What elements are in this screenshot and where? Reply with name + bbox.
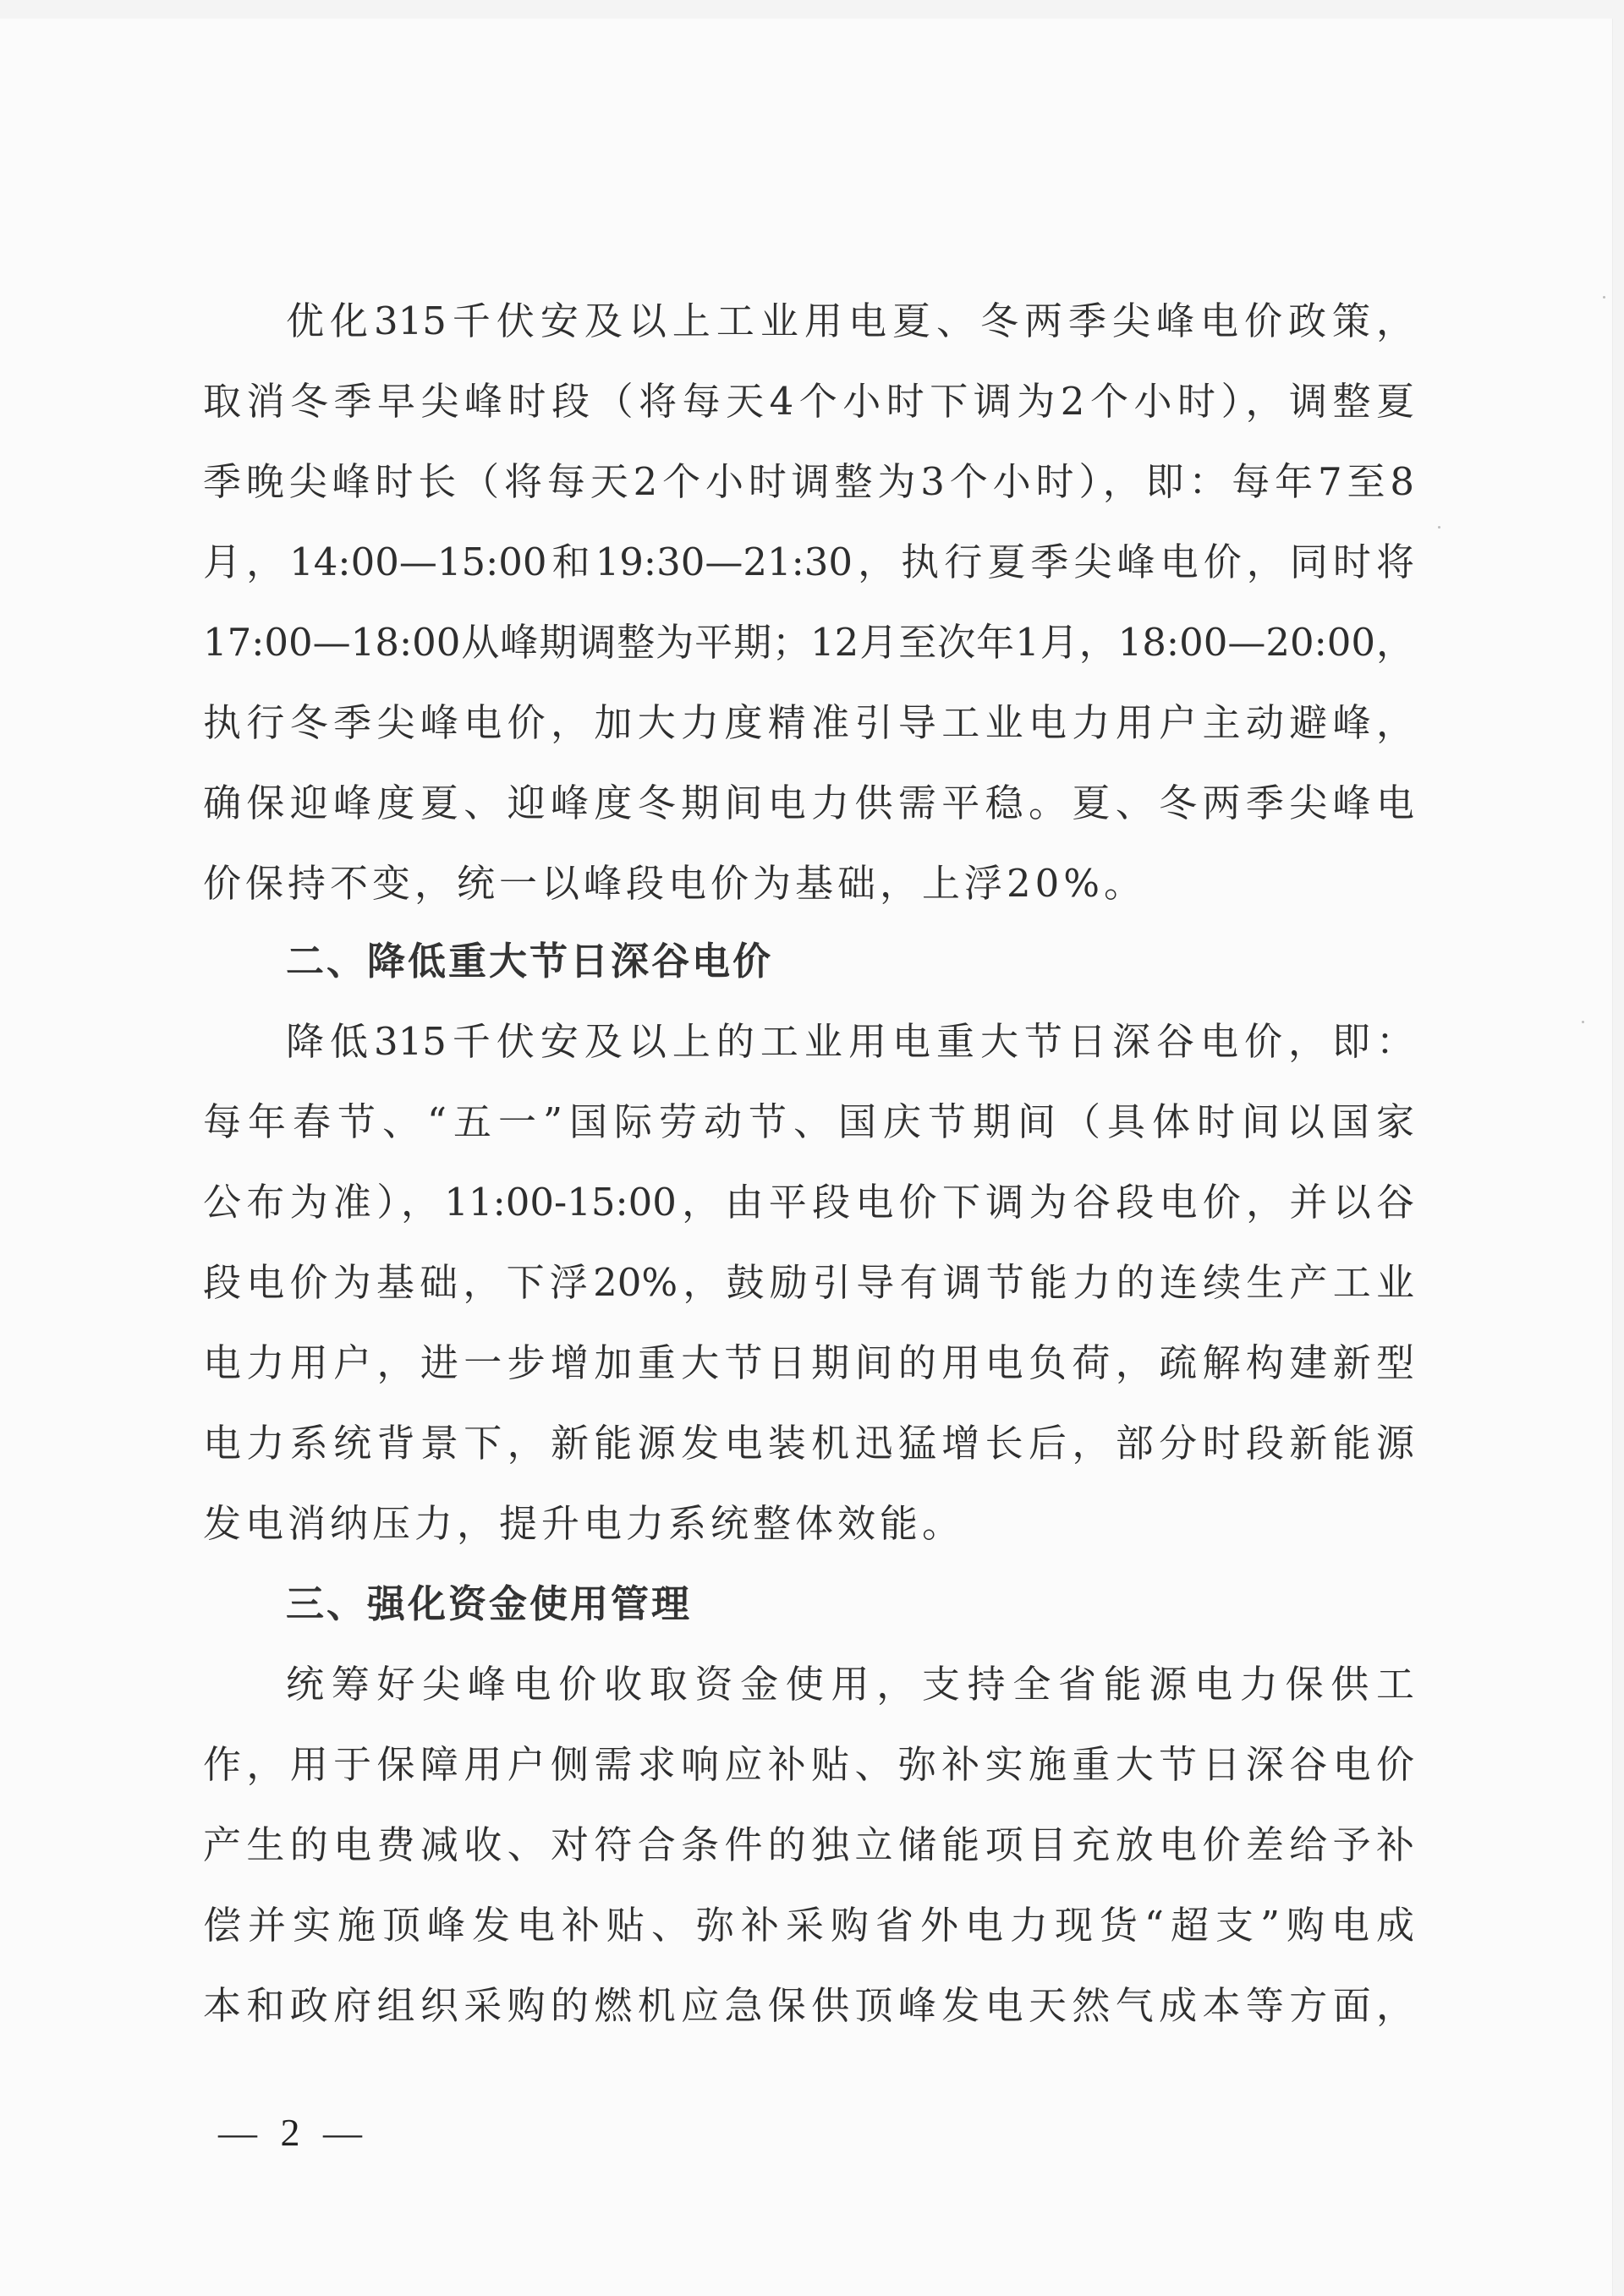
body-text-line: 月，14:00—15:00和19:30—21:30，执行夏季尖峰电价，同时将 xyxy=(203,537,1414,588)
body-text-line: 每年春节、“五一”国际劳动节、国庆节期间（具体时间以国家 xyxy=(203,1097,1414,1148)
body-text-line: 价保持不变，统一以峰段电价为基础，上浮20%。 xyxy=(203,858,1414,909)
body-text-line: 17:00—18:00从峰期调整为平期；12月至次年1月，18:00—20:00… xyxy=(203,617,1414,668)
body-text-line: 电力用户，进一步增加重大节日期间的用电负荷，疏解构建新型 xyxy=(203,1338,1414,1389)
page-number: — 2 — xyxy=(218,2107,369,2158)
body-text-line: 季晚尖峰时长（将每天2个小时调整为3个小时），即：每年7至8 xyxy=(203,457,1414,507)
scan-speck xyxy=(1582,1021,1584,1023)
document-page: 优化315千伏安及以上工业用电夏、冬两季尖峰电价政策， 取消冬季早尖峰时段（将每… xyxy=(0,19,1613,2296)
body-text-line: 确保迎峰度夏、迎峰度冬期间电力供需平稳。夏、冬两季尖峰电 xyxy=(203,778,1414,829)
body-text-line: 统筹好尖峰电价收取资金使用，支持全省能源电力保供工 xyxy=(286,1659,1414,1710)
body-text-line: 取消冬季早尖峰时段（将每天4个小时下调为2个小时），调整夏 xyxy=(203,376,1414,427)
body-text-line: 作，用于保障用户侧需求响应补贴、弥补实施重大节日深谷电价 xyxy=(203,1740,1414,1790)
body-text-line: 发电消纳压力，提升电力系统整体效能。 xyxy=(203,1499,1414,1549)
scan-speck xyxy=(1438,526,1440,529)
section-heading-3: 三、强化资金使用管理 xyxy=(286,1579,692,1630)
section-heading-2: 二、降低重大节日深谷电价 xyxy=(286,936,773,987)
body-text-line: 电力系统背景下，新能源发电装机迅猛增长后，部分时段新能源 xyxy=(203,1418,1414,1469)
body-text-line: 产生的电费减收、对符合条件的独立储能项目充放电价差给予补 xyxy=(203,1820,1414,1871)
body-text-line: 优化315千伏安及以上工业用电夏、冬两季尖峰电价政策， xyxy=(286,296,1414,347)
body-text-line: 降低315千伏安及以上的工业用电重大节日深谷电价，即： xyxy=(286,1016,1414,1067)
body-text-line: 偿并实施顶峰发电补贴、弥补采购省外电力现货“超支”购电成 xyxy=(203,1900,1414,1951)
body-text-line: 执行冬季尖峰电价，加大力度精准引导工业电力用户主动避峰， xyxy=(203,698,1414,748)
scan-speck xyxy=(1603,296,1605,299)
body-text-line: 公布为准），11:00-15:00，由平段电价下调为谷段电价，并以谷 xyxy=(203,1177,1414,1228)
body-text-line: 本和政府组织采购的燃机应急保供顶峰发电天然气成本等方面， xyxy=(203,1981,1414,2031)
body-text-line: 段电价为基础，下浮20%，鼓励引导有调节能力的连续生产工业 xyxy=(203,1258,1414,1308)
